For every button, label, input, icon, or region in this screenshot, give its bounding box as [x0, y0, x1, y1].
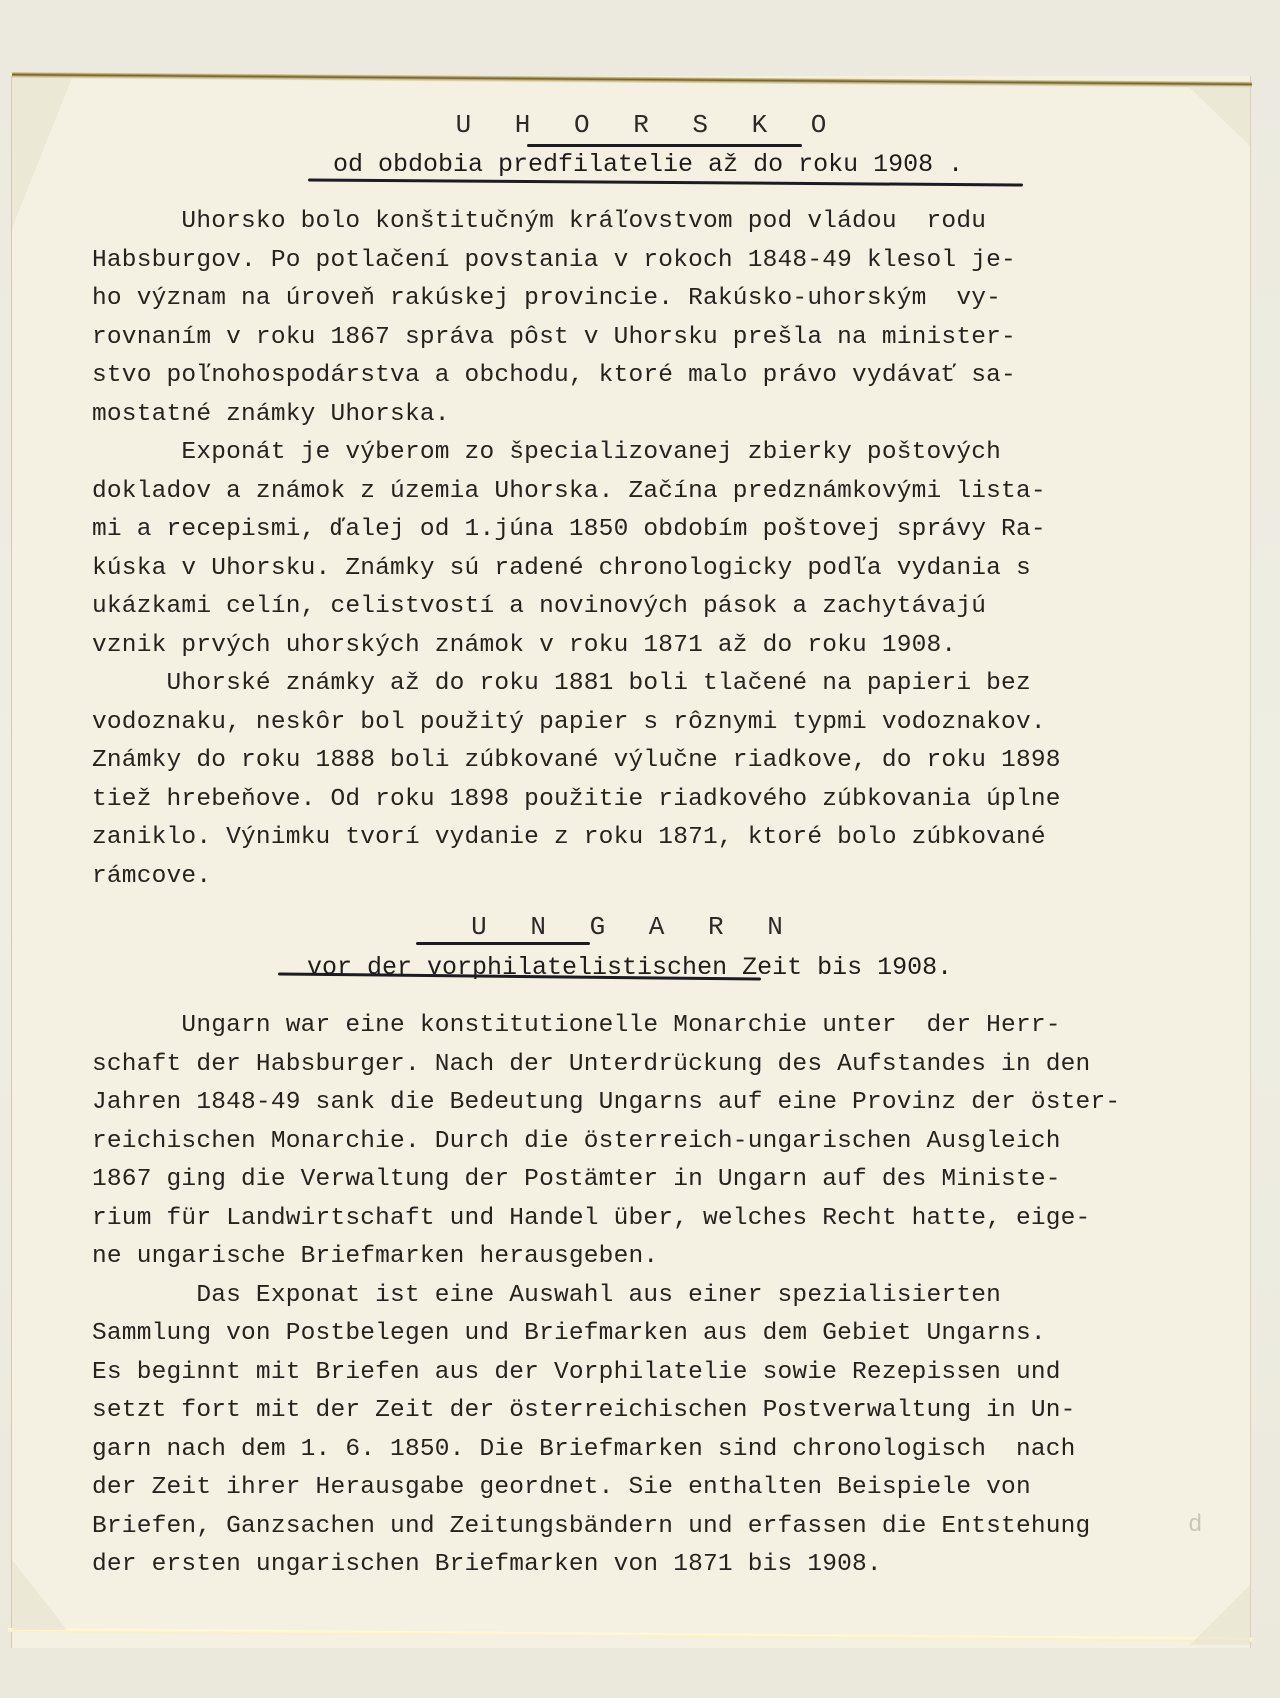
text-line: ukázkami celín, celistvostí a novinových…	[92, 588, 1212, 627]
text-line: Známky do roku 1888 boli zúbkované výluč…	[92, 742, 1212, 781]
text-line: reichischen Monarchie. Durch die österre…	[92, 1123, 1212, 1162]
text-line: setzt fort mit der Zeit der österreichis…	[92, 1392, 1212, 1431]
text-line: mi a recepismi, ďalej od 1.júna 1850 obd…	[92, 511, 1212, 550]
text-line: schaft der Habsburger. Nach der Unterdrü…	[92, 1046, 1212, 1085]
section-subtitle-sk: od obdobia predfilatelie až do roku 1908…	[333, 150, 963, 179]
text-line: Jahren 1848-49 sank die Bedeutung Ungarn…	[92, 1084, 1212, 1123]
section-body-sk: Uhorsko bolo konštitučným kráľovstvom po…	[92, 203, 1212, 896]
text-line: rium für Landwirtschaft und Handel über,…	[92, 1200, 1212, 1239]
stray-typed-mark: d	[1188, 1512, 1202, 1539]
text-line: ho význam na úroveň rakúskej provincie. …	[92, 280, 1212, 319]
photo-corner-top-left	[12, 78, 72, 228]
text-line: Habsburgov. Po potlačení povstania v rok…	[92, 242, 1212, 281]
text-line: garn nach dem 1. 6. 1850. Die Briefmarke…	[92, 1431, 1212, 1470]
paragraph-de-2: Das Exponat ist eine Auswahl aus einer s…	[92, 1277, 1212, 1585]
text-line: zaniklo. Výnimku tvorí vydanie z roku 18…	[92, 819, 1212, 858]
text-line: vodoznaku, neskôr bol použitý papier s r…	[92, 704, 1212, 743]
section-title-sk: U H O R S K O	[8, 110, 1280, 140]
text-line: rovnaním v roku 1867 správa pôst v Uhors…	[92, 319, 1212, 358]
text-line: der Zeit ihrer Herausgabe geordnet. Sie …	[92, 1469, 1212, 1508]
section-body-de: Ungarn war eine konstitutionelle Monarch…	[92, 1007, 1212, 1585]
text-line: Das Exponat ist eine Auswahl aus einer s…	[92, 1277, 1212, 1316]
text-line: Uhorsko bolo konštitučným kráľovstvom po…	[92, 203, 1212, 242]
text-line: 1867 ging die Verwaltung der Postämter i…	[92, 1161, 1212, 1200]
text-line: Ungarn war eine konstitutionelle Monarch…	[92, 1007, 1212, 1046]
text-line: dokladov a známok z územia Uhorska. Začí…	[92, 473, 1212, 512]
text-line: tiež hrebeňove. Od roku 1898 použitie ri…	[92, 781, 1212, 820]
photo-corner-bottom-left	[12, 1560, 67, 1630]
text-line: Exponát je výberom zo špecializovanej zb…	[92, 434, 1212, 473]
paragraph-de-1: Ungarn war eine konstitutionelle Monarch…	[92, 1007, 1212, 1277]
paragraph-sk-3: Uhorské známky až do roku 1881 boli tlač…	[92, 665, 1212, 896]
text-line: stvo poľnohospodárstva a obchodu, ktoré …	[92, 357, 1212, 396]
text-line: kúska v Uhorsku. Známky sú radené chrono…	[92, 550, 1212, 589]
text-line: ne ungarische Briefmarken herausgeben.	[92, 1238, 1212, 1277]
section-title-de: U N G A R N	[0, 912, 1274, 942]
paragraph-sk-1: Uhorsko bolo konštitučným kráľovstvom po…	[92, 203, 1212, 434]
text-line: der ersten ungarischen Briefmarken von 1…	[92, 1546, 1212, 1585]
text-line: Es beginnt mit Briefen aus der Vorphilat…	[92, 1354, 1212, 1393]
text-line: vznik prvých uhorských známok v roku 187…	[92, 627, 1212, 666]
title-underline-de	[416, 942, 590, 945]
paragraph-sk-2: Exponát je výberom zo špecializovanej zb…	[92, 434, 1212, 665]
text-line: rámcove.	[92, 858, 1212, 897]
text-line: Briefen, Ganzsachen und Zeitungsbändern …	[92, 1508, 1212, 1547]
photo-corner-bottom-right	[1190, 1585, 1250, 1645]
text-line: mostatné známky Uhorska.	[92, 396, 1212, 435]
title-underline-sk	[527, 144, 802, 147]
text-line: Sammlung von Postbelegen und Briefmarken…	[92, 1315, 1212, 1354]
text-line: Uhorské známky až do roku 1881 boli tlač…	[92, 665, 1212, 704]
